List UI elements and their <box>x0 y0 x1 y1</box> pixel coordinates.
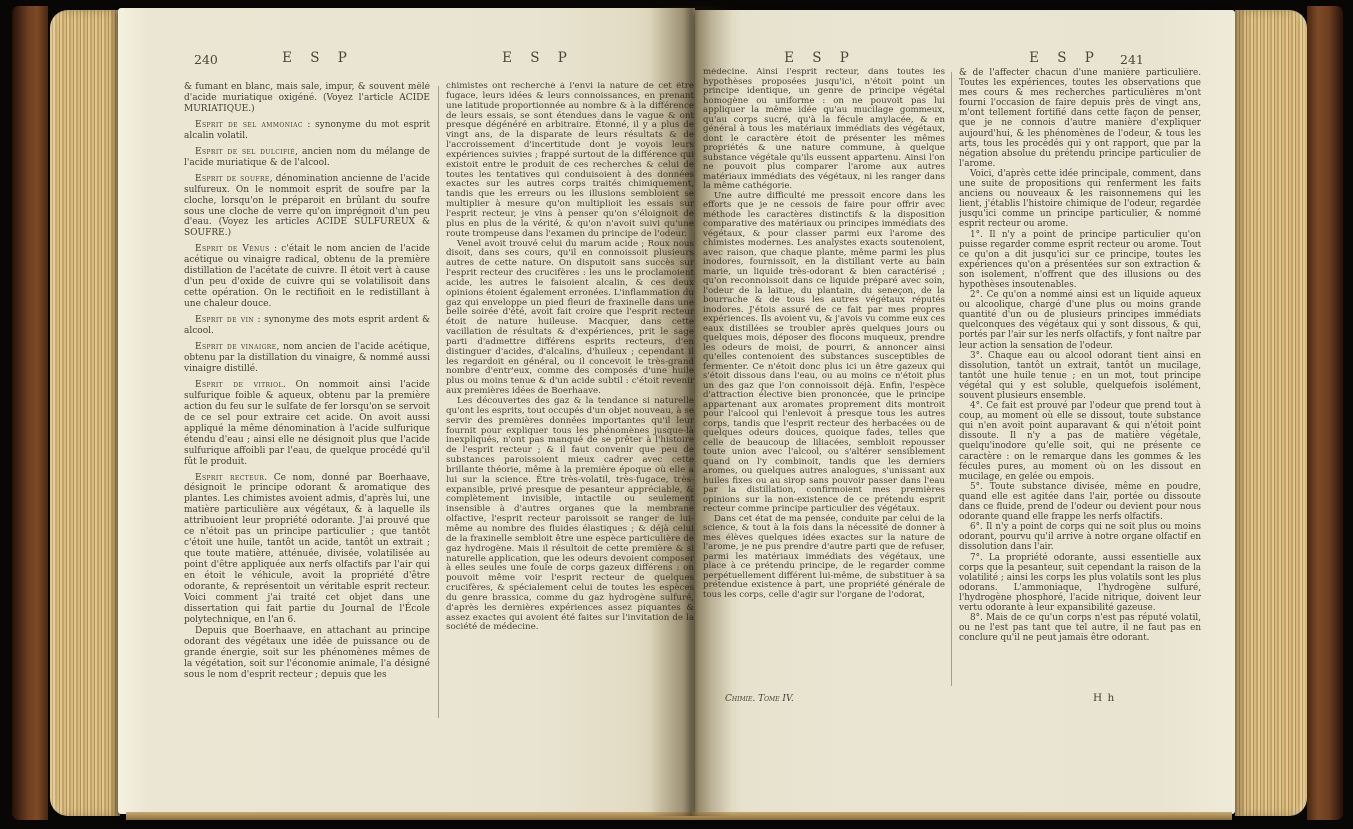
paragraph: Depuis que Boerhaave, en attachant au pr… <box>184 626 430 681</box>
entry-heading: Esprit de vin <box>195 315 254 325</box>
left-page: 240 E S P E S P & fumant en blanc, mais … <box>118 8 695 814</box>
running-head-right-1: E S P <box>765 50 875 66</box>
right-page: E S P E S P 241 médecine. Ainsi l'esprit… <box>695 10 1235 814</box>
paragraph: Les découvertes des gaz & la tendance si… <box>446 397 694 633</box>
paragraph: Esprit de soufre, dénomination ancienne … <box>184 174 430 240</box>
paragraph: & de l'affecter chacun d'une manière par… <box>959 68 1201 169</box>
entry-heading: Esprit de sel dulcifié <box>195 147 295 157</box>
volume-signature: Chimie. Tome IV. <box>725 694 794 704</box>
text-column-left-1: & fumant en blanc, mais sale, impur, & s… <box>184 82 430 722</box>
page-number-left: 240 <box>194 52 218 67</box>
running-head-right-2: E S P <box>1010 50 1120 66</box>
paragraph: Esprit de sel dulcifié, ancien nom du mé… <box>184 147 430 169</box>
paragraph: 8°. Mais de ce qu'un corps n'est pas rép… <box>959 613 1201 643</box>
paragraph: 4°. Ce fait est prouvé par l'odeur que p… <box>959 401 1201 482</box>
paragraph: 7°. La propriété odorante, aussi essenti… <box>959 553 1201 614</box>
paragraph: Dans cet état de ma pensée, conduite par… <box>703 515 945 601</box>
entry-heading: Esprit de Vénus <box>195 244 270 254</box>
gathering-mark: H h <box>1093 692 1115 704</box>
paragraph: & fumant en blanc, mais sale, impur, & s… <box>184 82 430 115</box>
paragraph: chimistes ont recherché à l'envi la natu… <box>446 82 694 240</box>
book-scan: 240 E S P E S P & fumant en blanc, mais … <box>0 0 1353 829</box>
paragraph: Une autre difficulté me pressoit encore … <box>703 192 945 515</box>
column-divider <box>438 86 439 718</box>
entry-heading: Esprit de sel ammoniac <box>195 120 303 130</box>
bottom-page-edges <box>126 812 1232 820</box>
paragraph: 1°. Il n'y a point de principe particuli… <box>959 230 1201 291</box>
text-column-left-2: chimistes ont recherché à l'envi la natu… <box>446 82 694 724</box>
paragraph: Voici, d'après cette idée principale, co… <box>959 169 1201 230</box>
paragraph: Esprit de Vénus : c'était le nom ancien … <box>184 244 430 310</box>
paragraph: 3°. Chaque eau ou alcool odorant tient a… <box>959 351 1201 401</box>
entry-heading: Esprit de vinaigre <box>195 342 277 352</box>
book-cover-left <box>12 6 48 820</box>
entry-heading: Esprit de vitriol <box>195 380 283 390</box>
book-cover-right <box>1307 6 1343 820</box>
paragraph: 2°. Ce qu'on a nommé ainsi est un liquid… <box>959 290 1201 351</box>
paragraph: médecine. Ainsi l'esprit recteur, dans t… <box>703 68 945 192</box>
running-head-left-1: E S P <box>263 50 373 66</box>
page-block-fore-edge-left <box>50 10 120 816</box>
paragraph: Esprit de vitriol. On nommoit ainsi l'ac… <box>184 380 430 468</box>
column-divider <box>951 72 952 686</box>
paragraph: Esprit de vin : synonyme des mots esprit… <box>184 315 430 337</box>
paragraph: Venel avoit trouvé celui du marum acide … <box>446 240 694 398</box>
paragraph: 5°. Toute substance divisée, même en pou… <box>959 482 1201 522</box>
text-column-right-1: médecine. Ainsi l'esprit recteur, dans t… <box>703 68 945 692</box>
running-head-left-2: E S P <box>483 50 593 66</box>
paragraph: 6°. Il n'y a point de corps qui ne soit … <box>959 522 1201 552</box>
entry-heading: Esprit de soufre <box>195 174 270 184</box>
entry-heading: Esprit recteur <box>195 473 264 483</box>
text-column-right-2: & de l'affecter chacun d'une manière par… <box>959 68 1201 692</box>
paragraph: Esprit recteur. Ce nom, donné par Boerha… <box>184 473 430 626</box>
paragraph: Esprit de sel ammoniac : synonyme du mot… <box>184 120 430 142</box>
page-number-right: 241 <box>1120 52 1144 67</box>
page-block-fore-edge-right <box>1235 10 1307 816</box>
paragraph: Esprit de vinaigre, nom ancien de l'acid… <box>184 342 430 375</box>
